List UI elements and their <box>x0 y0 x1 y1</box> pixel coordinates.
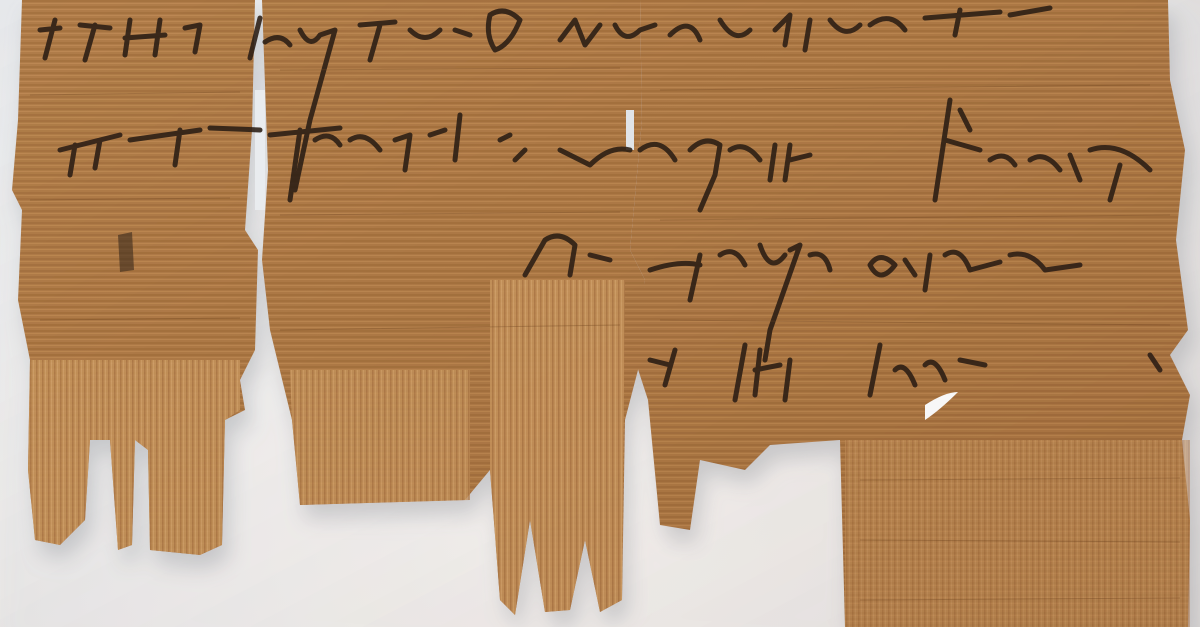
papyrus-photo: ΕΝΗΡ ΚΥΤΟΝ ΘΗΝ ΝΟΛΗΜΕ ΕΠΙ ΠΡΟΙ ... ΓΝΟΜΗ… <box>0 0 1200 627</box>
hole <box>118 232 134 272</box>
gap <box>255 90 265 210</box>
papyrus-fragment <box>0 0 1200 627</box>
